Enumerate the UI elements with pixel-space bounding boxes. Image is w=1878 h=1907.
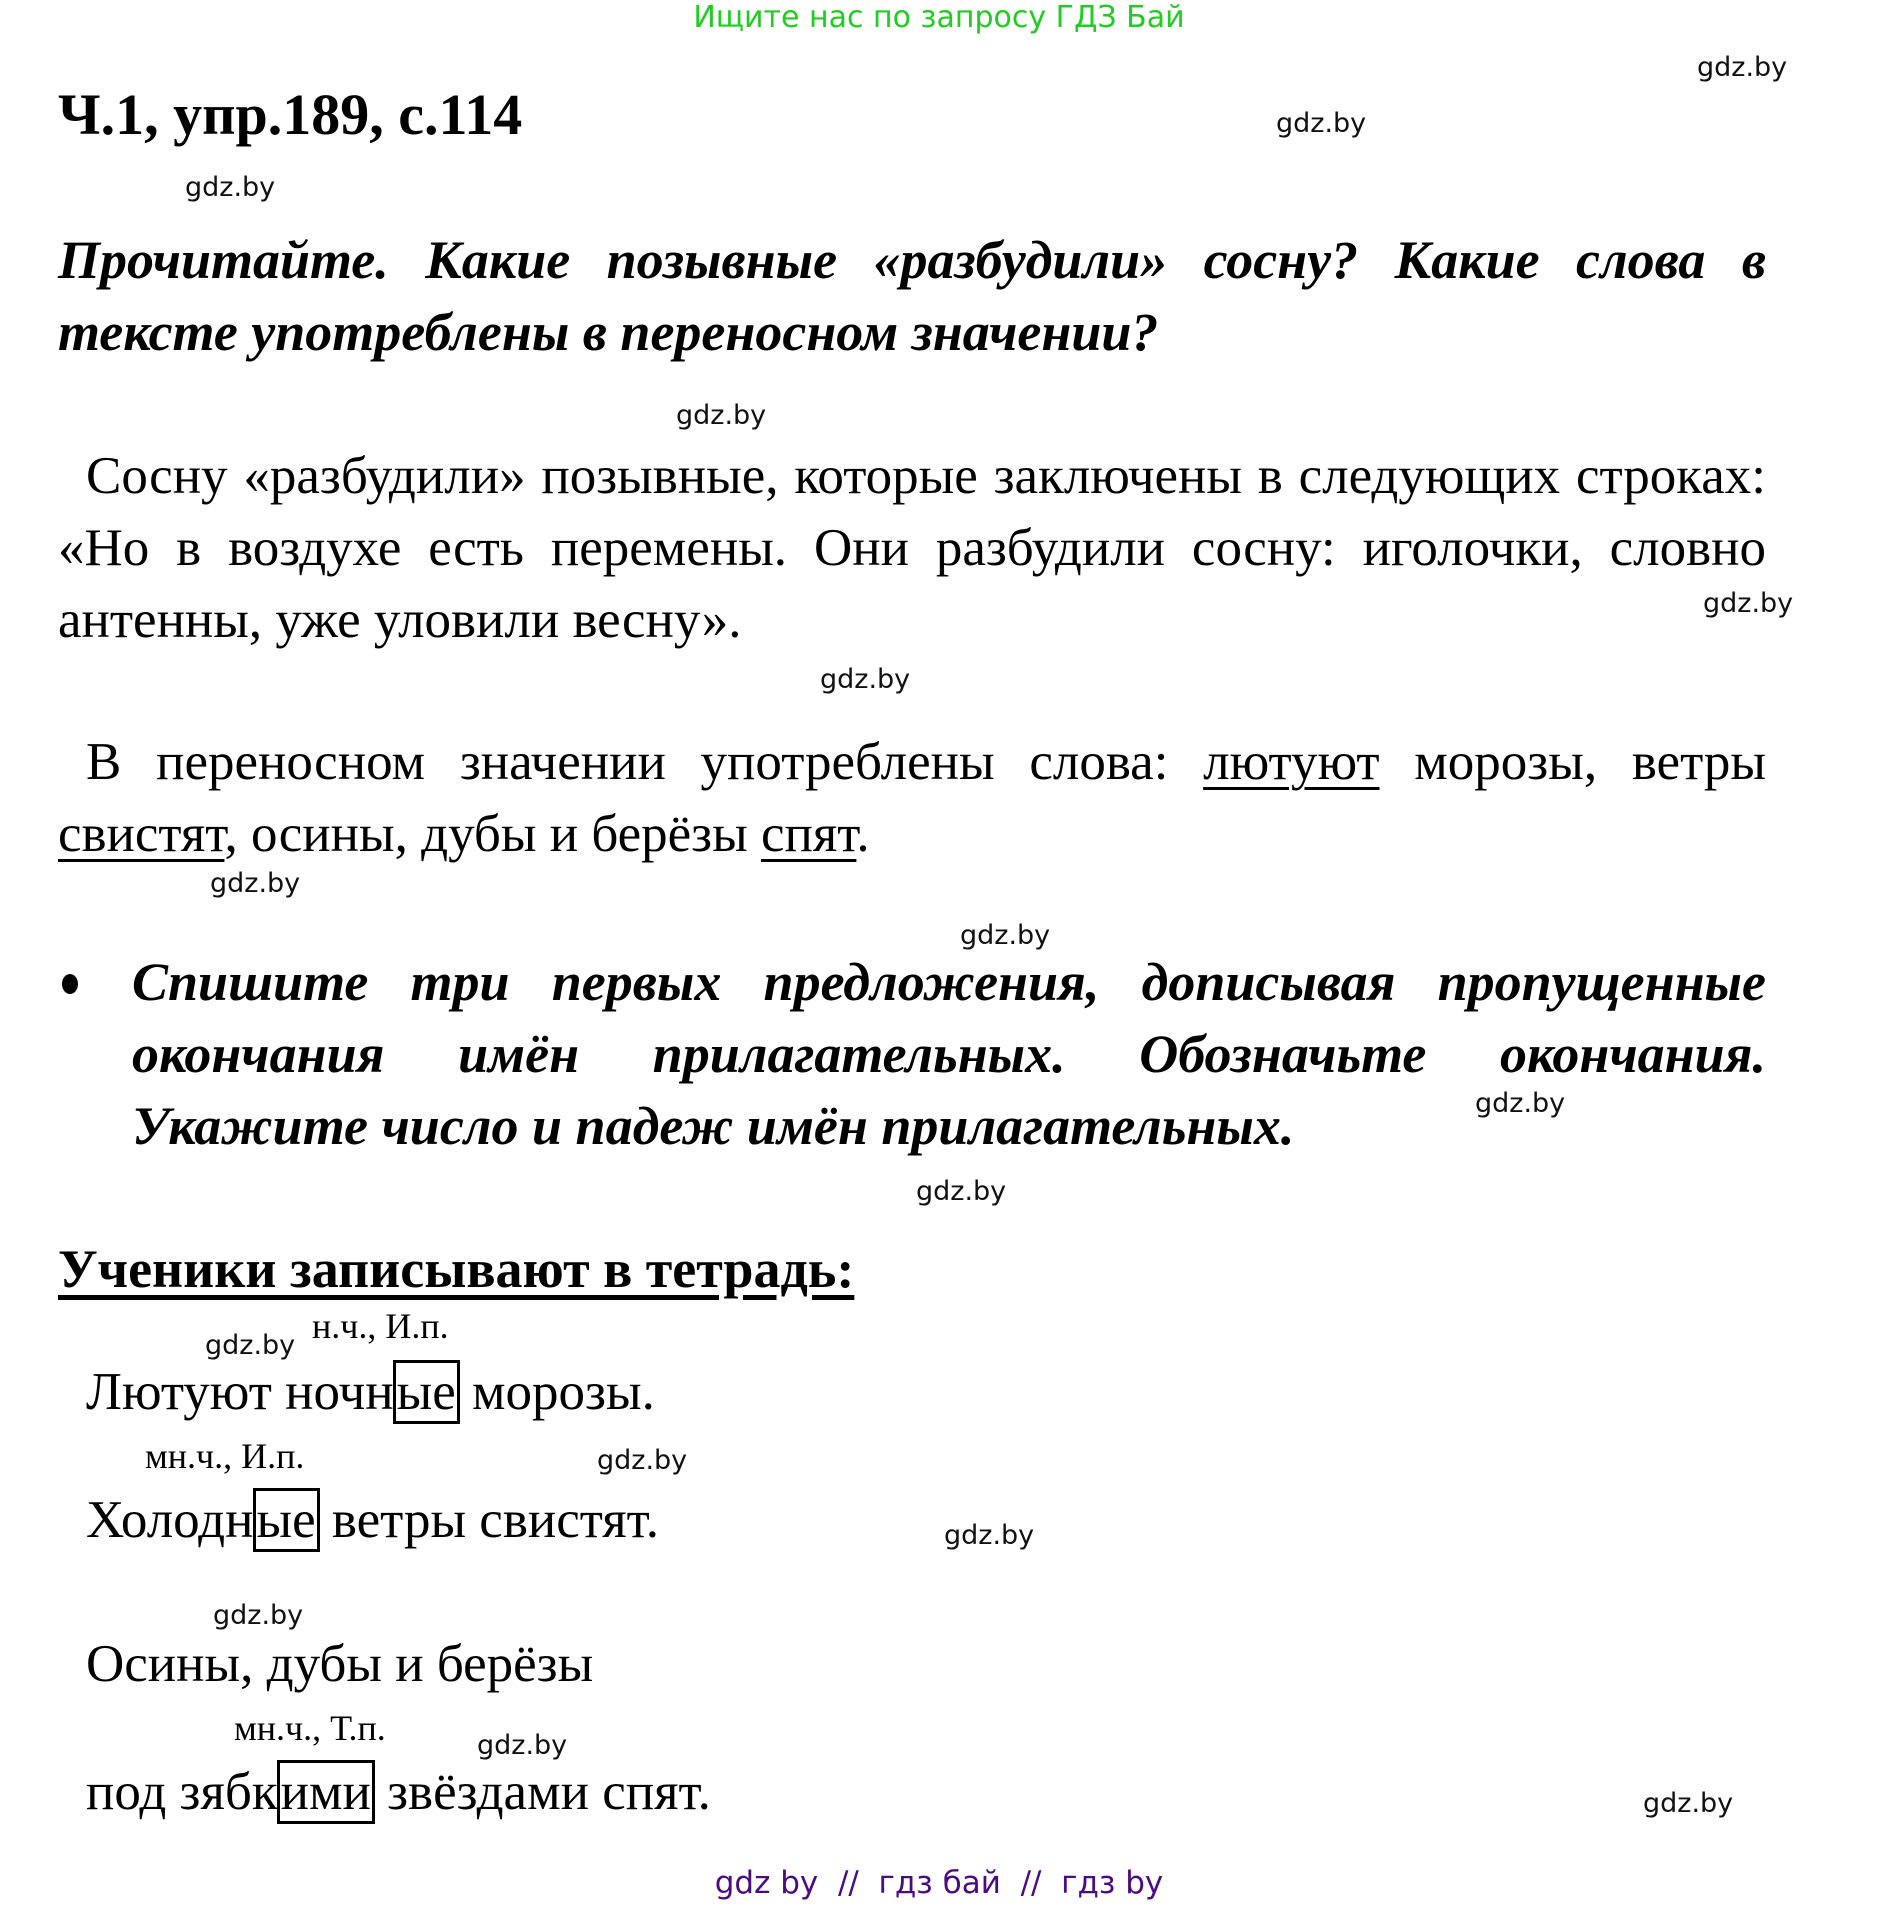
line-text: под зябк <box>86 1763 278 1821</box>
watermark: gdz.by <box>1697 52 1787 84</box>
watermark: gdz.by <box>477 1730 567 1762</box>
watermark: gdz.by <box>944 1520 1034 1552</box>
underlined-word: свистят <box>58 805 224 863</box>
task-instruction-2: Спишите три первых предложения, дописыва… <box>132 946 1766 1162</box>
ending-box: ими <box>277 1760 375 1824</box>
watermark: gdz.by <box>1643 1788 1733 1820</box>
notebook-line: Лютуют ночные морозы. <box>86 1360 655 1424</box>
notebook-line: Холодные ветры свистят. <box>86 1488 659 1552</box>
line-text: Лютуют ночн <box>86 1363 394 1421</box>
underlined-word: лютуют <box>1203 733 1379 791</box>
bullet-icon <box>62 974 78 994</box>
watermark: gdz.by <box>205 1330 295 1362</box>
ending-box: ые <box>393 1360 460 1424</box>
notebook-line: под зябкими звёздами спят. <box>86 1760 711 1824</box>
watermark: gdz.by <box>676 400 766 432</box>
answer-paragraph: Сосну «разбудили» позывные, которые закл… <box>58 440 1766 656</box>
watermark: gdz.by <box>820 664 910 696</box>
watermark: gdz.by <box>213 1600 303 1632</box>
figurative-words-paragraph: В переносном значении употреблены слова:… <box>58 726 1766 870</box>
watermark: gdz.by <box>597 1445 687 1477</box>
line-text: Осины, дубы и берёзы <box>86 1635 593 1693</box>
grammar-annotation: н.ч., И.п. <box>312 1306 449 1346</box>
footer-site-links[interactable]: gdz by // гдз бай // гдз by <box>0 1864 1878 1902</box>
notebook-line: Осины, дубы и берёзы <box>86 1632 593 1696</box>
watermark: gdz.by <box>185 172 275 204</box>
line-text: Холодн <box>86 1491 254 1549</box>
watermark: gdz.by <box>1276 108 1366 140</box>
grammar-annotation: мн.ч., И.п. <box>145 1436 304 1476</box>
grammar-annotation: мн.ч., Т.п. <box>234 1708 386 1748</box>
line-text: морозы. <box>459 1363 655 1421</box>
line-text: ветры свистят. <box>319 1491 659 1549</box>
paragraph-text: . <box>856 805 869 863</box>
watermark: gdz.by <box>210 868 300 900</box>
paragraph-text: морозы, ветры <box>1380 733 1766 791</box>
line-text: звёздами спят. <box>374 1763 711 1821</box>
paragraph-text: В переносном значении употреблены слова: <box>86 733 1203 791</box>
ending-box: ые <box>253 1488 320 1552</box>
watermark: gdz.by <box>916 1176 1006 1208</box>
page-title: Ч.1, упр.189, с.114 <box>58 80 522 150</box>
task-instruction: Прочитайте. Какие позывные «разбудили» с… <box>58 224 1766 368</box>
search-hint-banner: Ищите нас по запросу ГДЗ Бай <box>0 0 1878 36</box>
notebook-heading: Ученики записывают в тетрадь: <box>58 1236 854 1302</box>
paragraph-text: , осины, дубы и берёзы <box>224 805 761 863</box>
underlined-word: спят <box>761 805 856 863</box>
